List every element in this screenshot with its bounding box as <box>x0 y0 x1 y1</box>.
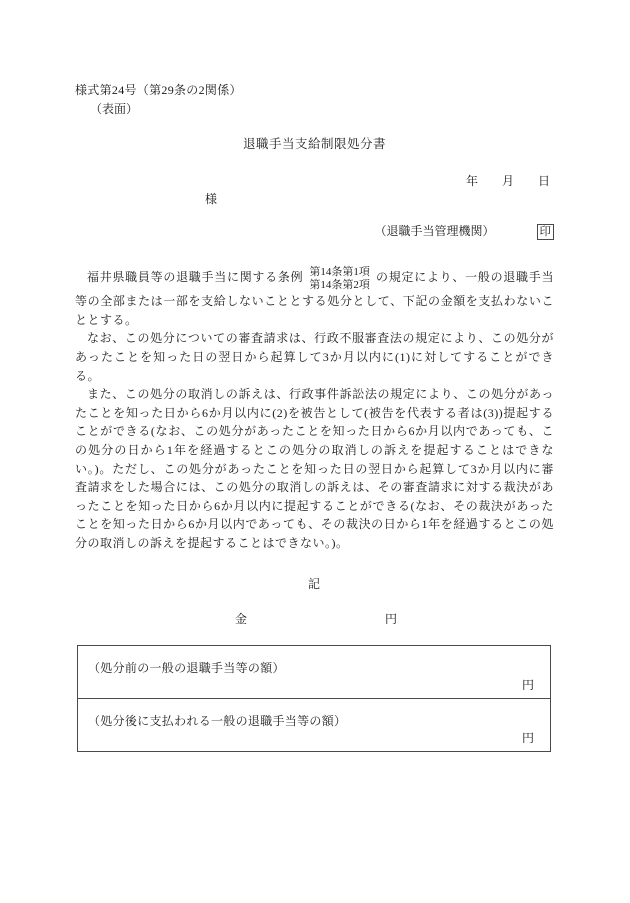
date-line: 年月日 <box>75 173 554 189</box>
row-label: （処分後に支払われる一般の退職手当等の額） <box>78 699 550 729</box>
addressee-suffix: 様 <box>205 192 217 206</box>
clause-option-2: 第14条第2項 <box>309 279 370 292</box>
table-row-after-disposition: （処分後に支払われる一般の退職手当等の額） 円 <box>78 698 551 751</box>
ki-heading: 記 <box>75 575 554 593</box>
year-label: 年 <box>466 174 478 188</box>
body-text: 福井県職員等の退職手当に関する条例第14条第1項第14条第2項の規定により、一般… <box>75 266 554 552</box>
addressee-line: 様 <box>75 191 554 207</box>
agency-line: （退職手当管理機関）印 <box>75 222 554 240</box>
clause-option-1: 第14条第1項 <box>309 266 370 279</box>
row-unit: 円 <box>78 676 550 693</box>
document-page: 様式第24号（第29条の2関係） （表面） 退職手当支給制限処分書 年月日 様 … <box>0 0 630 903</box>
amount-unit: 円 <box>385 612 397 626</box>
month-label: 月 <box>502 174 514 188</box>
day-label: 日 <box>538 174 550 188</box>
row-unit: 円 <box>78 729 550 746</box>
side-label: （表面） <box>75 101 554 117</box>
clause-options: 第14条第1項第14条第2項 <box>309 266 370 292</box>
amount-prefix: 金 <box>235 612 247 626</box>
paragraph-review-request: なお、この処分についての審査請求は、行政不服審査法の規定により、この処分があった… <box>75 329 554 385</box>
row-label: （処分前の一般の退職手当等の額） <box>78 646 550 676</box>
seal-box: 印 <box>537 224 555 240</box>
p1-before: 福井県職員等の退職手当に関する条例 <box>87 270 303 284</box>
form-number: 様式第24号（第29条の2関係） <box>75 82 554 98</box>
paragraph-disposition: 福井県職員等の退職手当に関する条例第14条第1項第14条第2項の規定により、一般… <box>75 266 554 329</box>
amount-table: （処分前の一般の退職手当等の額） 円 （処分後に支払われる一般の退職手当等の額）… <box>77 645 551 752</box>
agency-label: （退職手当管理機関） <box>374 224 494 238</box>
paragraph-lawsuit: また、この処分の取消しの訴えは、行政事件訴訟法の規定により、この処分があったこと… <box>75 385 554 552</box>
document-title: 退職手当支給制限処分書 <box>75 135 554 153</box>
table-row-before-disposition: （処分前の一般の退職手当等の額） 円 <box>78 645 551 698</box>
amount-line: 金円 <box>75 610 554 628</box>
